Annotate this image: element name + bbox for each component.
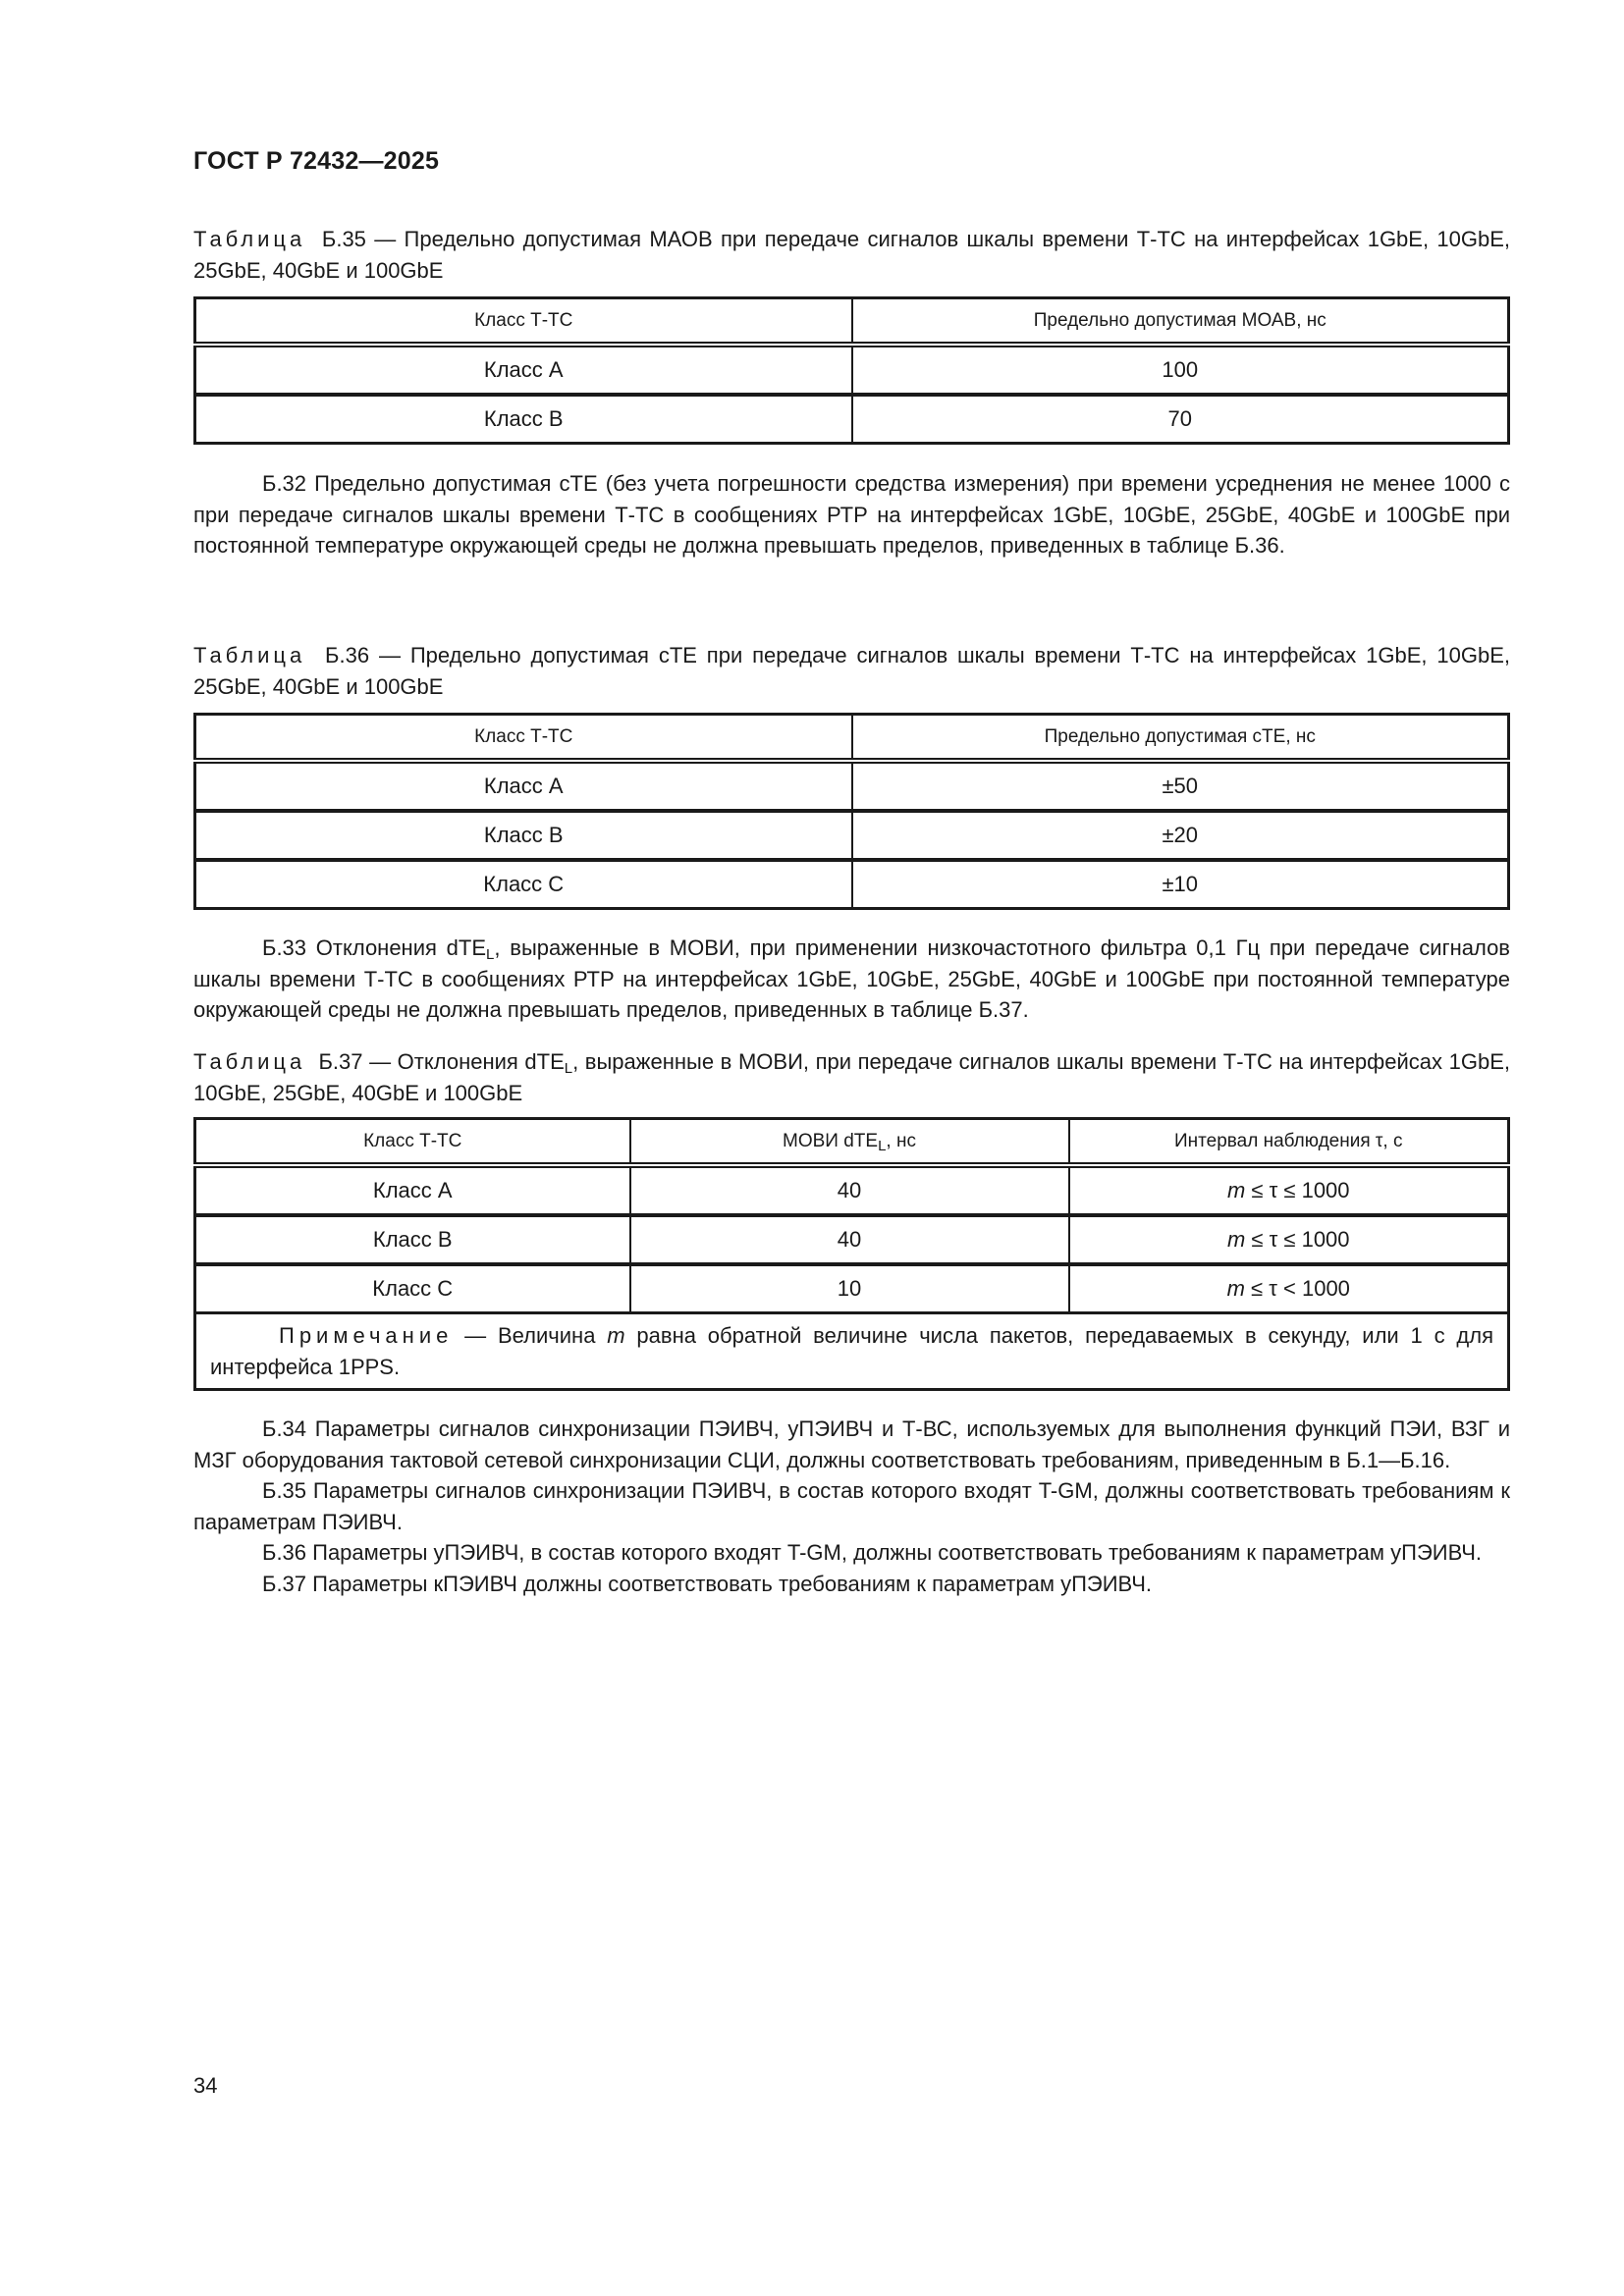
table-cell: Класс А bbox=[195, 345, 852, 395]
subscript: L bbox=[565, 1060, 572, 1077]
table-b36: Класс Т-ТС Предельно допустимая сТЕ, нс … bbox=[193, 713, 1510, 910]
variable: m bbox=[1227, 1276, 1245, 1301]
cell-text: ≤ τ < 1000 bbox=[1245, 1276, 1350, 1301]
table-b36-caption: Таблица Б.36 — Предельно допустимая сТЕ … bbox=[193, 640, 1510, 702]
table-header-row: Класс Т-ТС МОВИ dTEL, нс Интервал наблюд… bbox=[195, 1119, 1509, 1166]
paragraph-text: Б.33 Отклонения dTE bbox=[262, 935, 486, 960]
table-b35-caption: Таблица Б.35 — Предельно допустимая МАОВ… bbox=[193, 224, 1510, 286]
table-b37-caption: Таблица Б.37 — Отклонения dTEL, выраженн… bbox=[193, 1046, 1510, 1108]
cell-text: ≤ τ ≤ 1000 bbox=[1245, 1227, 1349, 1252]
table-cell: 10 bbox=[630, 1264, 1069, 1313]
table-row: Класс В 40 m ≤ τ ≤ 1000 bbox=[195, 1215, 1509, 1264]
table-cell: m ≤ τ < 1000 bbox=[1069, 1264, 1509, 1313]
table-cell: Класс В bbox=[195, 1215, 630, 1264]
table-cell: 70 bbox=[852, 395, 1509, 444]
paragraph-b36: Б.36 Параметры уПЭИВЧ, в состав которого… bbox=[193, 1537, 1510, 1569]
column-header: Класс Т-ТС bbox=[195, 298, 852, 346]
column-header: МОВИ dTEL, нс bbox=[630, 1119, 1069, 1166]
table-cell: 40 bbox=[630, 1165, 1069, 1215]
table-note: Примечание — Величина m равна обратной в… bbox=[195, 1313, 1509, 1390]
variable: m bbox=[1227, 1178, 1245, 1202]
column-header: Предельно допустимая МОАВ, нс bbox=[852, 298, 1509, 346]
paragraph-b37: Б.37 Параметры кПЭИВЧ должны соответство… bbox=[193, 1569, 1510, 1600]
document-header: ГОСТ Р 72432—2025 bbox=[193, 147, 439, 176]
caption-text: Б.36 — Предельно допустимая сТЕ при пере… bbox=[193, 643, 1510, 699]
note-label: Примечание bbox=[279, 1323, 453, 1348]
paragraph-b35: Б.35 Параметры сигналов синхронизации ПЭ… bbox=[193, 1475, 1510, 1537]
paragraph-b33: Б.33 Отклонения dTEL, выраженные в МОВИ,… bbox=[193, 933, 1510, 1026]
table-note-row: Примечание — Величина m равна обратной в… bbox=[195, 1313, 1509, 1390]
table-cell: m ≤ τ ≤ 1000 bbox=[1069, 1165, 1509, 1215]
caption-text: Б.35 — Предельно допустимая МАОВ при пер… bbox=[193, 227, 1510, 283]
caption-text: Б.37 — Отклонения dTE bbox=[318, 1049, 564, 1074]
paragraph-b32: Б.32 Предельно допустимая сТЕ (без учета… bbox=[193, 468, 1510, 561]
caption-label: Таблица bbox=[193, 227, 305, 251]
table-row: Класс А 100 bbox=[195, 345, 1509, 395]
variable: m bbox=[607, 1323, 624, 1348]
table-b35: Класс Т-ТС Предельно допустимая МОАВ, нс… bbox=[193, 296, 1510, 445]
table-cell: Класс С bbox=[195, 1264, 630, 1313]
table-cell: Класс А bbox=[195, 761, 852, 811]
table-cell: Класс В bbox=[195, 811, 852, 860]
column-header: Предельно допустимая сТЕ, нс bbox=[852, 715, 1509, 762]
table-row: Класс В 70 bbox=[195, 395, 1509, 444]
table-row: Класс В ±20 bbox=[195, 811, 1509, 860]
table-b37: Класс Т-ТС МОВИ dTEL, нс Интервал наблюд… bbox=[193, 1117, 1510, 1391]
table-cell: m ≤ τ ≤ 1000 bbox=[1069, 1215, 1509, 1264]
column-header: Класс Т-ТС bbox=[195, 1119, 630, 1166]
paragraph-b34: Б.34 Параметры сигналов синхронизации ПЭ… bbox=[193, 1414, 1510, 1475]
cell-text: ≤ τ ≤ 1000 bbox=[1245, 1178, 1349, 1202]
table-row: Класс С ±10 bbox=[195, 860, 1509, 909]
table-cell: ±20 bbox=[852, 811, 1509, 860]
table-cell: 100 bbox=[852, 345, 1509, 395]
table-header-row: Класс Т-ТС Предельно допустимая сТЕ, нс bbox=[195, 715, 1509, 762]
table-row: Класс А ±50 bbox=[195, 761, 1509, 811]
table-row: Класс С 10 m ≤ τ < 1000 bbox=[195, 1264, 1509, 1313]
table-cell: ±50 bbox=[852, 761, 1509, 811]
caption-label: Таблица bbox=[193, 643, 305, 667]
note-text: — Величина bbox=[453, 1323, 607, 1348]
header-text: , нс bbox=[886, 1131, 916, 1151]
caption-label: Таблица bbox=[193, 1049, 305, 1074]
table-row: Класс А 40 m ≤ τ ≤ 1000 bbox=[195, 1165, 1509, 1215]
column-header: Интервал наблюдения τ, с bbox=[1069, 1119, 1509, 1166]
page-number: 34 bbox=[193, 2073, 217, 2099]
variable: m bbox=[1227, 1227, 1245, 1252]
column-header: Класс Т-ТС bbox=[195, 715, 852, 762]
table-cell: Класс В bbox=[195, 395, 852, 444]
table-cell: 40 bbox=[630, 1215, 1069, 1264]
paragraph-text: Б.32 Предельно допустимая сТЕ (без учета… bbox=[193, 468, 1510, 561]
paragraphs-b34-b37: Б.34 Параметры сигналов синхронизации ПЭ… bbox=[193, 1414, 1510, 1600]
table-cell: Класс С bbox=[195, 860, 852, 909]
table-header-row: Класс Т-ТС Предельно допустимая МОАВ, нс bbox=[195, 298, 1509, 346]
table-cell: Класс А bbox=[195, 1165, 630, 1215]
table-cell: ±10 bbox=[852, 860, 1509, 909]
header-text: МОВИ dTE bbox=[783, 1131, 878, 1151]
